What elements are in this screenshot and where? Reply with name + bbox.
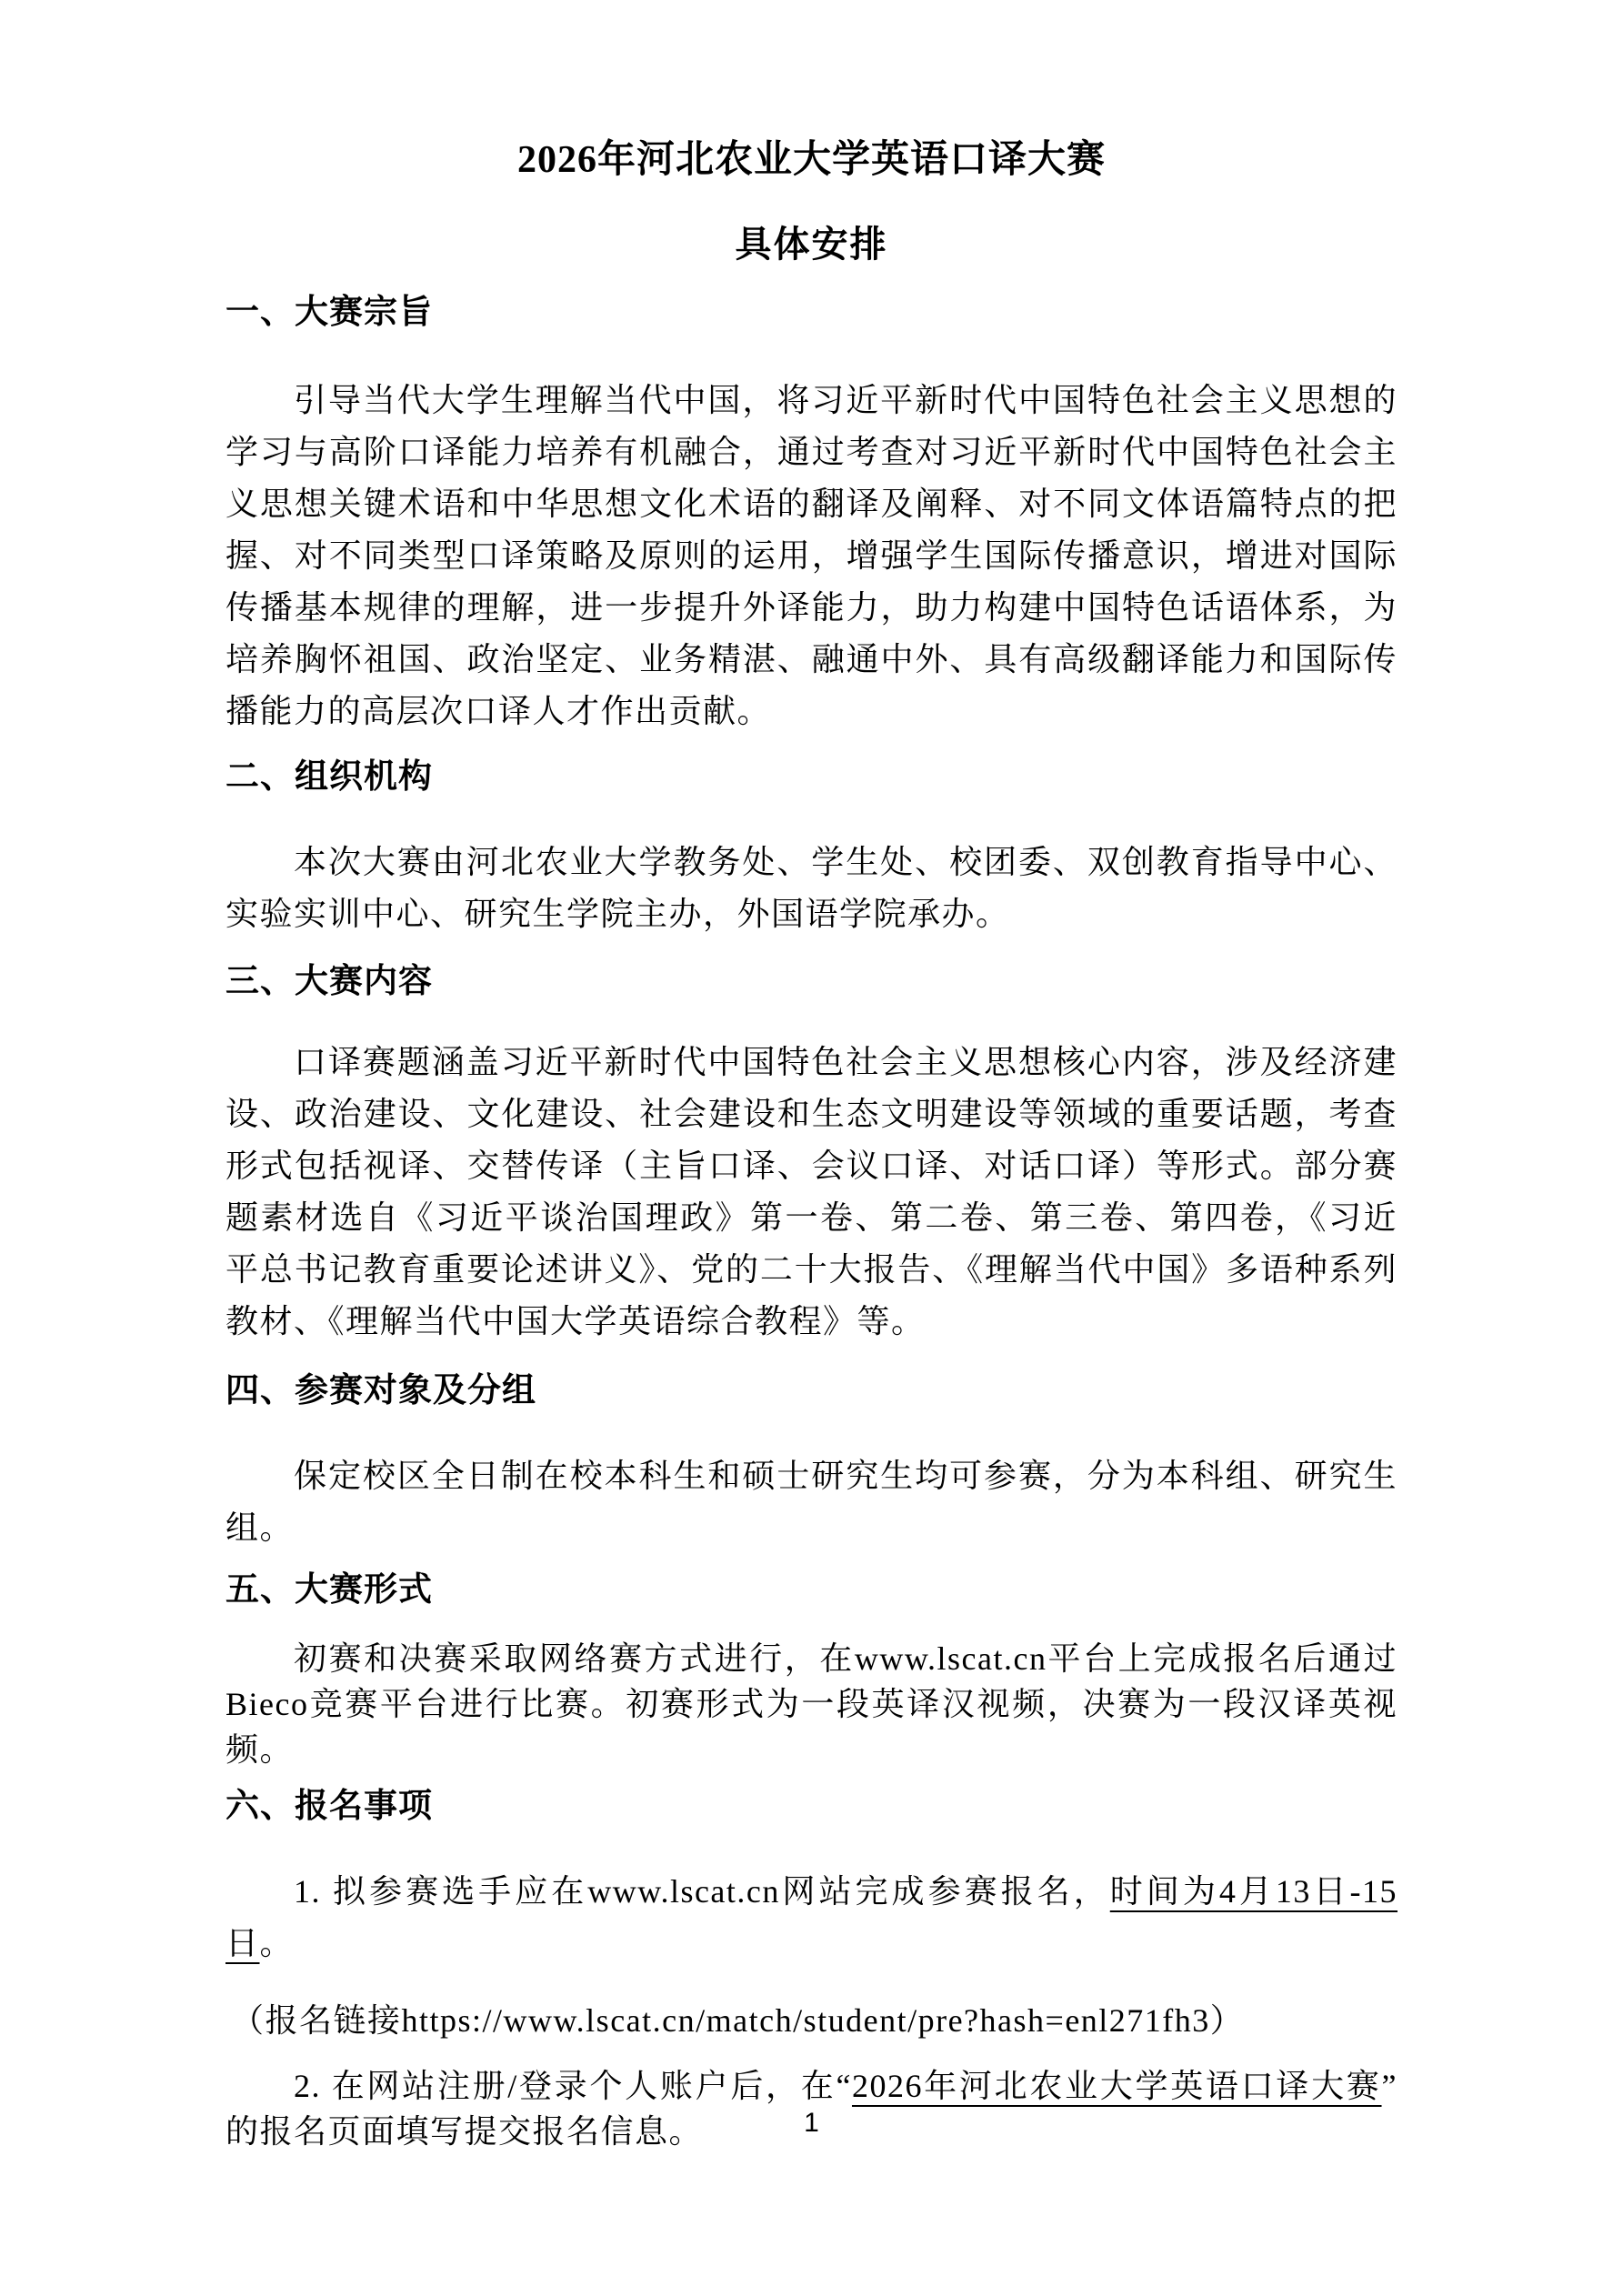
registration-competition-name-underlined: 2026年河北农业大学英语口译大赛 xyxy=(852,2068,1382,2104)
section-heading-participants: 四、参赛对象及分组 xyxy=(225,1373,1398,1409)
registration-item-2-text: 2. 在网站注册/登录个人账户后，在“ xyxy=(294,2068,852,2104)
page-number: 1 xyxy=(0,2108,1623,2139)
registration-item-1: 1. 拟参赛选手应在www.lscat.cn网站完成参赛报名，时间为4月13日-… xyxy=(225,1866,1398,1970)
section-heading-registration: 六、报名事项 xyxy=(225,1789,1398,1825)
section-body-aims: 引导当代大学生理解当代中国，将习近平新时代中国特色社会主义思想的学习与高阶口译能… xyxy=(225,375,1398,737)
section-heading-organization: 二、组织机构 xyxy=(225,759,1398,796)
registration-item-1-text: 1. 拟参赛选手应在www.lscat.cn网站完成参赛报名， xyxy=(294,1873,1110,1910)
doc-subtitle: 具体安排 xyxy=(225,224,1398,266)
section-heading-content: 三、大赛内容 xyxy=(225,964,1398,1000)
section-heading-aims: 一、大赛宗旨 xyxy=(225,295,1398,331)
document-page: 2026年河北农业大学英语口译大赛 具体安排 一、大赛宗旨 引导当代大学生理解当… xyxy=(0,0,1623,2296)
section-body-format: 初赛和决赛采取网络赛方式进行，在www.lscat.cn平台上完成报名后通过Bi… xyxy=(225,1636,1398,1772)
doc-title: 2026年河北农业大学英语口译大赛 xyxy=(225,136,1398,184)
section-body-organization: 本次大赛由河北农业大学教务处、学生处、校团委、双创教育指导中心、实验实训中心、研… xyxy=(225,837,1398,940)
registration-item-1-period: 。 xyxy=(260,1925,295,1961)
registration-link-line: （报名链接https://www.lscat.cn/match/student/… xyxy=(225,1995,1398,2047)
section-body-content: 口译赛题涵盖习近平新时代中国特色社会主义思想核心内容，涉及经济建设、政治建设、文… xyxy=(225,1037,1398,1348)
section-heading-format: 五、大赛形式 xyxy=(225,1572,1398,1609)
section-body-participants: 保定校区全日制在校本科生和硕士研究生均可参赛，分为本科组、研究生组。 xyxy=(225,1450,1398,1554)
